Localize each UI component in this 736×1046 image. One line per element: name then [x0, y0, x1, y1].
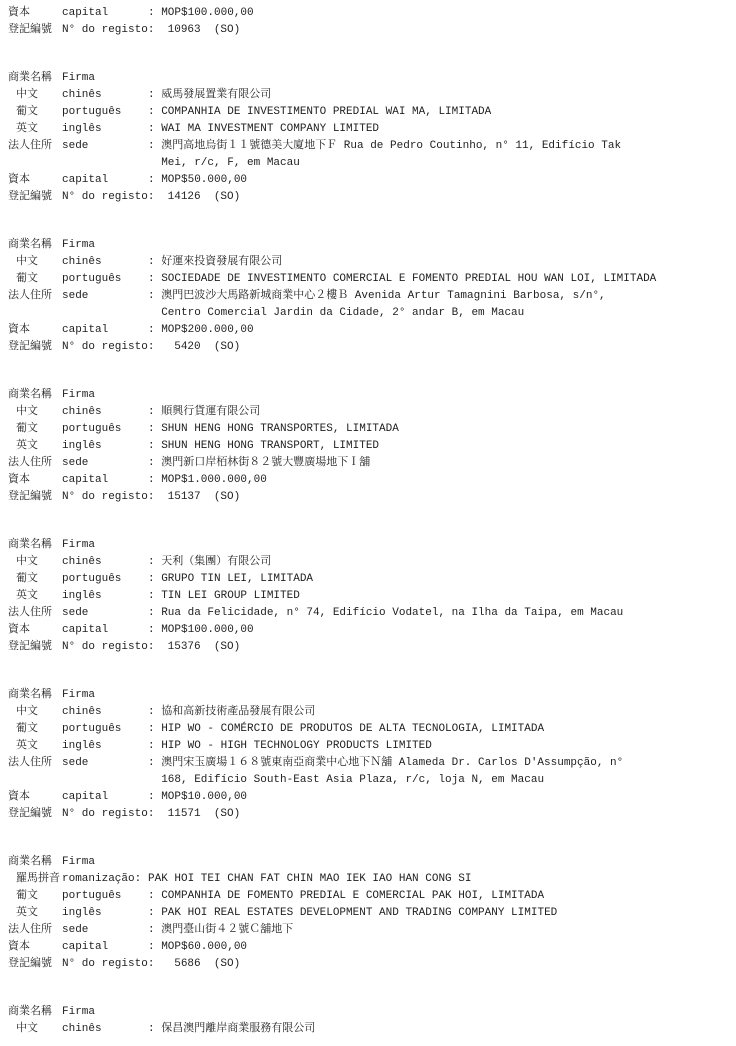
company-entry: 商業名稱Firma中文chinês: 順興行貨運有限公司葡文português:…: [8, 387, 730, 506]
label-portuguese: capital: [62, 472, 148, 489]
label-portuguese: sede: [62, 455, 148, 472]
field-value: : 天利（集團）有限公司: [148, 554, 730, 571]
label-chinese: 商業名稱: [8, 687, 62, 704]
label-portuguese: Firma: [62, 70, 148, 87]
label-portuguese: capital: [62, 789, 148, 806]
label-portuguese: chinês: [62, 404, 148, 421]
field-row-capital: 資本capital: MOP$200.000,00: [8, 322, 730, 339]
field-row-english-name: 英文inglês: HIP WO - HIGH TECHNOLOGY PRODU…: [8, 738, 730, 755]
label-chinese: 英文: [8, 738, 62, 755]
label-portuguese: português: [62, 571, 148, 588]
field-value: : HIP WO - HIGH TECHNOLOGY PRODUCTS LIMI…: [148, 738, 730, 755]
field-value: : WAI MA INVESTMENT COMPANY LIMITED: [148, 121, 730, 138]
label-portuguese: Firma: [62, 537, 148, 554]
label-chinese: 商業名稱: [8, 237, 62, 254]
field-row-capital: 資本capital: MOP$100.000,00: [8, 5, 730, 22]
label-portuguese: português: [62, 721, 148, 738]
registration-number-text: N° do registo: 15137 (SO): [62, 489, 730, 506]
label-chinese: 葡文: [8, 888, 62, 905]
label-portuguese: capital: [62, 622, 148, 639]
field-value: : 澳門臺山街４２號Ｃ舖地下: [148, 922, 730, 939]
field-row-sede: 法人住所sede: 澳門宋玉廣場１６８號東南亞商業中心地下Ｎ舖 Alameda …: [8, 755, 730, 789]
company-entry: 商業名稱Firma中文chinês: 協和高新技術產品發展有限公司葡文portu…: [8, 687, 730, 823]
field-row-english-name: 英文inglês: WAI MA INVESTMENT COMPANY LIMI…: [8, 121, 730, 138]
field-row-capital: 資本capital: MOP$1.000.000,00: [8, 472, 730, 489]
label-chinese: 法人住所: [8, 455, 62, 472]
label-chinese: 商業名稱: [8, 537, 62, 554]
field-row-romanization: 羅馬拼音romanização:PAK HOI TEI CHAN FAT CHI…: [8, 871, 730, 888]
label-chinese: 登記編號: [8, 489, 62, 506]
registration-number-text: N° do registo: 15376 (SO): [62, 639, 730, 656]
field-value: : PAK HOI REAL ESTATES DEVELOPMENT AND T…: [148, 905, 730, 922]
field-value: : Rua da Felicidade, n° 74, Edifício Vod…: [148, 605, 730, 622]
field-value: : 威馬發展置業有限公司: [148, 87, 730, 104]
field-row-registration-number: 登記編號N° do registo: 15137 (SO): [8, 489, 730, 506]
field-value: : 順興行貨運有限公司: [148, 404, 730, 421]
field-value: : COMPANHIA DE FOMENTO PREDIAL E COMERCI…: [148, 888, 730, 905]
field-value: : 保昌澳門離岸商業服務有限公司: [148, 1021, 730, 1038]
label-chinese: 商業名稱: [8, 854, 62, 871]
label-portuguese: sede: [62, 922, 148, 939]
label-chinese: 羅馬拼音: [8, 871, 62, 888]
field-row-firma-header: 商業名稱Firma: [8, 1004, 730, 1021]
label-chinese: 資本: [8, 172, 62, 189]
label-portuguese: Firma: [62, 1004, 148, 1021]
label-chinese: 商業名稱: [8, 387, 62, 404]
field-value: : SHUN HENG HONG TRANSPORT, LIMITED: [148, 438, 730, 455]
field-value: : 澳門宋玉廣場１６８號東南亞商業中心地下Ｎ舖 Alameda Dr. Carl…: [148, 755, 730, 789]
field-row-registration-number: 登記編號N° do registo: 5420 (SO): [8, 339, 730, 356]
label-chinese: 登記編號: [8, 956, 62, 973]
label-portuguese: sede: [62, 605, 148, 622]
label-chinese: 登記編號: [8, 639, 62, 656]
label-portuguese: Firma: [62, 387, 148, 404]
field-value: : MOP$100.000,00: [148, 5, 730, 22]
label-chinese: 英文: [8, 905, 62, 922]
label-chinese: 登記編號: [8, 339, 62, 356]
field-row-registration-number: 登記編號N° do registo: 10963 (SO): [8, 22, 730, 39]
field-row-portuguese-name: 葡文português: SHUN HENG HONG TRANSPORTES,…: [8, 421, 730, 438]
label-chinese: 資本: [8, 322, 62, 339]
field-value: : MOP$10.000,00: [148, 789, 730, 806]
scanned-registry-page: { "page": { "background": "#ffffff", "te…: [0, 0, 736, 1046]
label-chinese: 資本: [8, 789, 62, 806]
label-portuguese: Firma: [62, 237, 148, 254]
field-value: : SHUN HENG HONG TRANSPORTES, LIMITADA: [148, 421, 730, 438]
label-chinese: 法人住所: [8, 922, 62, 939]
label-chinese: 法人住所: [8, 288, 62, 305]
label-portuguese: chinês: [62, 554, 148, 571]
field-value: PAK HOI TEI CHAN FAT CHIN MAO IEK IAO HA…: [148, 871, 730, 888]
label-chinese: 法人住所: [8, 138, 62, 155]
field-value: : MOP$60.000,00: [148, 939, 730, 956]
label-portuguese: Firma: [62, 687, 148, 704]
field-row-chinese-name: 中文chinês: 保昌澳門離岸商業服務有限公司: [8, 1021, 730, 1038]
label-portuguese: capital: [62, 939, 148, 956]
company-entry: 商業名稱Firma中文chinês: 威馬發展置業有限公司葡文português…: [8, 70, 730, 206]
field-row-english-name: 英文inglês: TIN LEI GROUP LIMITED: [8, 588, 730, 605]
label-chinese: 中文: [8, 554, 62, 571]
label-chinese: 葡文: [8, 721, 62, 738]
label-portuguese: inglês: [62, 588, 148, 605]
label-portuguese: chinês: [62, 87, 148, 104]
label-chinese: 法人住所: [8, 605, 62, 622]
label-portuguese: português: [62, 104, 148, 121]
field-row-chinese-name: 中文chinês: 天利（集團）有限公司: [8, 554, 730, 571]
field-value: : TIN LEI GROUP LIMITED: [148, 588, 730, 605]
label-chinese: 英文: [8, 588, 62, 605]
label-portuguese: sede: [62, 138, 148, 155]
company-entry: 商業名稱Firma中文chinês: 好運來投資發展有限公司葡文portuguê…: [8, 237, 730, 356]
field-row-capital: 資本capital: MOP$10.000,00: [8, 789, 730, 806]
label-chinese: 法人住所: [8, 755, 62, 772]
label-chinese: 中文: [8, 704, 62, 721]
field-row-firma-header: 商業名稱Firma: [8, 854, 730, 871]
label-chinese: 葡文: [8, 571, 62, 588]
field-row-firma-header: 商業名稱Firma: [8, 237, 730, 254]
label-chinese: 商業名稱: [8, 1004, 62, 1021]
label-chinese: 英文: [8, 438, 62, 455]
field-row-capital: 資本capital: MOP$60.000,00: [8, 939, 730, 956]
label-portuguese: inglês: [62, 738, 148, 755]
label-portuguese: inglês: [62, 438, 148, 455]
label-chinese: 中文: [8, 404, 62, 421]
field-row-chinese-name: 中文chinês: 順興行貨運有限公司: [8, 404, 730, 421]
field-row-sede: 法人住所sede: 澳門臺山街４２號Ｃ舖地下: [8, 922, 730, 939]
field-row-registration-number: 登記編號N° do registo: 11571 (SO): [8, 806, 730, 823]
field-row-portuguese-name: 葡文português: HIP WO - COMÉRCIO DE PRODUT…: [8, 721, 730, 738]
field-value: : 協和高新技術產品發展有限公司: [148, 704, 730, 721]
field-value: : 澳門巴波沙大馬路新城商業中心２樓Ｂ Avenida Artur Tamagn…: [148, 288, 730, 322]
label-chinese: 登記編號: [8, 189, 62, 206]
label-portuguese: português: [62, 888, 148, 905]
field-value: : HIP WO - COMÉRCIO DE PRODUTOS DE ALTA …: [148, 721, 730, 738]
field-row-firma-header: 商業名稱Firma: [8, 687, 730, 704]
field-value: : MOP$50.000,00: [148, 172, 730, 189]
field-row-registration-number: 登記編號N° do registo: 14126 (SO): [8, 189, 730, 206]
field-value: : MOP$200.000,00: [148, 322, 730, 339]
label-chinese: 葡文: [8, 271, 62, 288]
field-row-portuguese-name: 葡文português: COMPANHIA DE INVESTIMENTO P…: [8, 104, 730, 121]
label-chinese: 登記編號: [8, 806, 62, 823]
label-portuguese: romanização:: [62, 871, 148, 888]
label-chinese: 登記編號: [8, 22, 62, 39]
field-value: : MOP$1.000.000,00: [148, 472, 730, 489]
label-chinese: 資本: [8, 5, 62, 22]
field-row-english-name: 英文inglês: SHUN HENG HONG TRANSPORT, LIMI…: [8, 438, 730, 455]
label-portuguese: chinês: [62, 704, 148, 721]
company-entry: 商業名稱Firma中文chinês: 保昌澳門離岸商業服務有限公司: [8, 1004, 730, 1038]
label-portuguese: chinês: [62, 1021, 148, 1038]
label-chinese: 中文: [8, 1021, 62, 1038]
label-chinese: 中文: [8, 254, 62, 271]
label-chinese: 資本: [8, 472, 62, 489]
registration-number-text: N° do registo: 10963 (SO): [62, 22, 730, 39]
field-row-sede: 法人住所sede: 澳門新口岸栢林街８２號大豐廣場地下Ｉ舖: [8, 455, 730, 472]
field-row-portuguese-name: 葡文português: COMPANHIA DE FOMENTO PREDIA…: [8, 888, 730, 905]
field-row-registration-number: 登記編號N° do registo: 5686 (SO): [8, 956, 730, 973]
label-portuguese: sede: [62, 755, 148, 772]
field-value: : 澳門高地烏街１１號德美大廈地下Ｆ Rua de Pedro Coutinho…: [148, 138, 730, 172]
label-chinese: 商業名稱: [8, 70, 62, 87]
field-row-portuguese-name: 葡文português: GRUPO TIN LEI, LIMITADA: [8, 571, 730, 588]
label-chinese: 葡文: [8, 104, 62, 121]
label-portuguese: português: [62, 271, 148, 288]
label-portuguese: inglês: [62, 121, 148, 138]
field-value: : COMPANHIA DE INVESTIMENTO PREDIAL WAI …: [148, 104, 730, 121]
company-entry: 商業名稱Firma中文chinês: 天利（集團）有限公司葡文português…: [8, 537, 730, 656]
registration-number-text: N° do registo: 14126 (SO): [62, 189, 730, 206]
company-entry: 資本capital: MOP$100.000,00登記編號N° do regis…: [8, 5, 730, 39]
label-portuguese: inglês: [62, 905, 148, 922]
label-chinese: 資本: [8, 939, 62, 956]
registration-number-text: N° do registo: 5420 (SO): [62, 339, 730, 356]
field-row-portuguese-name: 葡文português: SOCIEDADE DE INVESTIMENTO C…: [8, 271, 730, 288]
label-chinese: 葡文: [8, 421, 62, 438]
field-value: : 澳門新口岸栢林街８２號大豐廣場地下Ｉ舖: [148, 455, 730, 472]
field-row-firma-header: 商業名稱Firma: [8, 537, 730, 554]
field-row-registration-number: 登記編號N° do registo: 15376 (SO): [8, 639, 730, 656]
field-value: : 好運來投資發展有限公司: [148, 254, 730, 271]
label-portuguese: sede: [62, 288, 148, 305]
field-value: : MOP$100.000,00: [148, 622, 730, 639]
field-row-firma-header: 商業名稱Firma: [8, 70, 730, 87]
field-row-sede: 法人住所sede: Rua da Felicidade, n° 74, Edif…: [8, 605, 730, 622]
registration-number-text: N° do registo: 5686 (SO): [62, 956, 730, 973]
label-chinese: 英文: [8, 121, 62, 138]
field-row-chinese-name: 中文chinês: 好運來投資發展有限公司: [8, 254, 730, 271]
field-row-firma-header: 商業名稱Firma: [8, 387, 730, 404]
label-portuguese: capital: [62, 5, 148, 22]
label-portuguese: Firma: [62, 854, 148, 871]
field-row-capital: 資本capital: MOP$100.000,00: [8, 622, 730, 639]
company-entry: 商業名稱Firma羅馬拼音romanização:PAK HOI TEI CHA…: [8, 854, 730, 973]
field-row-capital: 資本capital: MOP$50.000,00: [8, 172, 730, 189]
field-row-sede: 法人住所sede: 澳門高地烏街１１號德美大廈地下Ｆ Rua de Pedro …: [8, 138, 730, 172]
registry-document-page: 資本capital: MOP$100.000,00登記編號N° do regis…: [0, 0, 736, 1038]
field-row-english-name: 英文inglês: PAK HOI REAL ESTATES DEVELOPME…: [8, 905, 730, 922]
field-value: : SOCIEDADE DE INVESTIMENTO COMERCIAL E …: [148, 271, 730, 288]
field-row-chinese-name: 中文chinês: 協和高新技術產品發展有限公司: [8, 704, 730, 721]
label-chinese: 資本: [8, 622, 62, 639]
field-row-chinese-name: 中文chinês: 威馬發展置業有限公司: [8, 87, 730, 104]
label-portuguese: português: [62, 421, 148, 438]
field-value: : GRUPO TIN LEI, LIMITADA: [148, 571, 730, 588]
label-portuguese: chinês: [62, 254, 148, 271]
registration-number-text: N° do registo: 11571 (SO): [62, 806, 730, 823]
label-portuguese: capital: [62, 172, 148, 189]
label-chinese: 中文: [8, 87, 62, 104]
label-portuguese: capital: [62, 322, 148, 339]
field-row-sede: 法人住所sede: 澳門巴波沙大馬路新城商業中心２樓Ｂ Avenida Artu…: [8, 288, 730, 322]
